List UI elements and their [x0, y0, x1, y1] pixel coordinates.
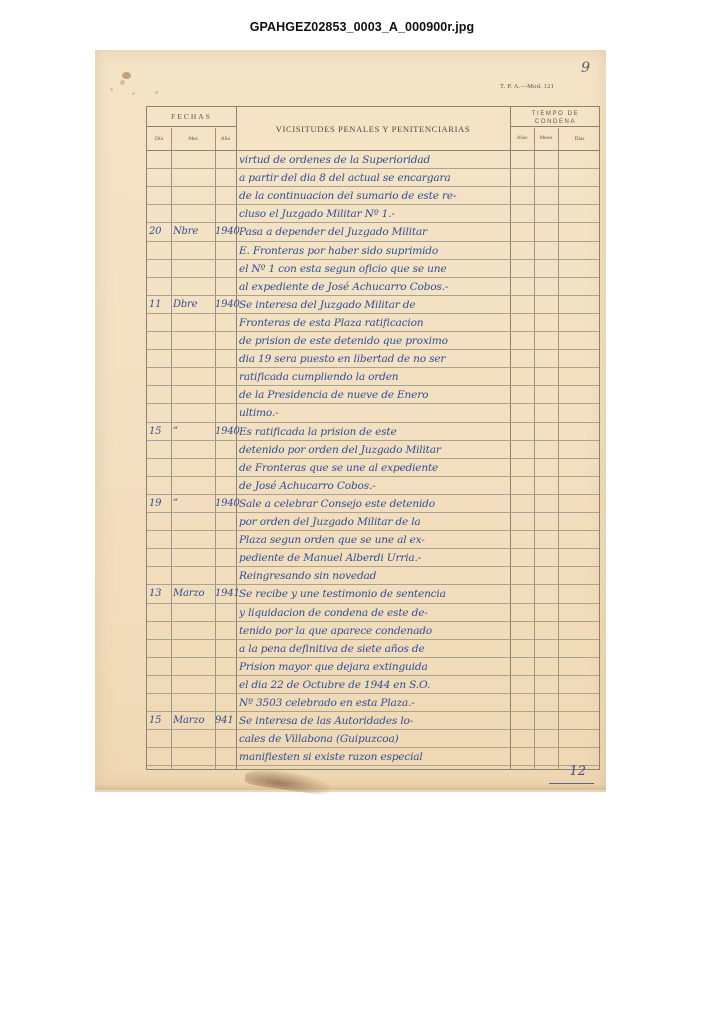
table-row: ratificada cumpliendo la orden — [147, 368, 599, 386]
entry-text: tenido por la que aparece condenado — [239, 622, 511, 640]
entry-day: 13 — [147, 585, 173, 603]
entry-text: de Fronteras que se une al expediente — [239, 459, 511, 477]
entry-text: E. Fronteras por haber sido suprimido — [239, 242, 511, 260]
entry-text: Plaza segun orden que se une al ex- — [239, 531, 511, 549]
table-row: cluso el Juzgado Militar Nº 1.- — [147, 205, 599, 223]
entry-text: Es ratificada la prision de este — [239, 423, 511, 441]
table-row: al expediente de José Achucarro Cobos.- — [147, 278, 599, 296]
entry-text: dia 19 sera puesto en libertad de no ser — [239, 350, 511, 368]
table-row: el Nº 1 con esta segun oficio que se une — [147, 260, 599, 278]
entry-month: Nbre — [171, 223, 217, 241]
entry-text: Fronteras de esta Plaza ratificacion — [239, 314, 511, 332]
folio-number: 9 — [581, 60, 590, 76]
header-divider — [510, 126, 599, 127]
entry-text: Pasa a depender del Juzgado Militar — [239, 223, 511, 241]
entry-text: a la pena definitiva de siete años de — [239, 640, 511, 658]
table-row: de la Presidencia de nueve de Enero — [147, 386, 599, 404]
table-row: 15”1940 Es ratificada la prision de este — [147, 423, 599, 441]
file-title: GPAHGEZ02853_0003_A_000900r.jpg — [0, 20, 724, 34]
entry-text: el dia 22 de Octubre de 1944 en S.O. — [239, 676, 511, 694]
ledger-table: FECHAS Día Mes Año VICISITUDES PENALES Y… — [146, 106, 600, 770]
form-code: T. P. A.—Mod. 121 — [500, 83, 554, 90]
entry-text: Sale a celebrar Consejo este detenido — [239, 495, 511, 513]
entry-text: Reingresando sin novedad — [239, 567, 511, 585]
entry-month: Dbre — [171, 296, 217, 314]
entry-month: ” — [171, 423, 217, 441]
entry-text: detenido por orden del Juzgado Militar — [239, 441, 511, 459]
entry-text: Se interesa del Juzgado Militar de — [239, 296, 511, 314]
entry-text: a partir del dia 8 del actual se encarga… — [239, 169, 511, 187]
paper-edge — [95, 784, 606, 792]
header-fechas: FECHAS — [147, 107, 236, 126]
table-row: manifiesten si existe razon especial — [147, 748, 599, 766]
entry-text: al expediente de José Achucarro Cobos.- — [239, 278, 511, 296]
table-row: 13Marzo1941Se recibe y une testimonio de… — [147, 585, 599, 603]
header-vicisitudes: VICISITUDES PENALES Y PENITENCIARIAS — [236, 107, 510, 150]
table-row: Reingresando sin novedad — [147, 567, 599, 585]
table-row: de Fronteras que se une al expediente — [147, 459, 599, 477]
entry-text: de prision de este detenido que proximo — [239, 332, 511, 350]
entry-year: 1940 — [215, 296, 236, 314]
entry-text: manifiesten si existe razon especial — [239, 748, 511, 766]
entry-text: Nº 3503 celebrado en esta Plaza.- — [239, 694, 511, 712]
table-row: 20Nbre1940Pasa a depender del Juzgado Mi… — [147, 223, 599, 241]
header-dias: Días — [558, 128, 601, 150]
page-mark: 12 — [569, 764, 586, 779]
entry-text: Se recibe y une testimonio de sentencia — [239, 585, 511, 603]
entry-text: ultimo.- — [239, 404, 511, 422]
table-row: Fronteras de esta Plaza ratificacion — [147, 314, 599, 332]
stain-mark — [122, 72, 131, 79]
document-page: 9 T. P. A.—Mod. 121 FECHAS Día Mes Año V… — [95, 50, 606, 790]
entry-day: 11 — [147, 296, 173, 314]
entry-text: de José Achucarro Cobos.- — [239, 477, 511, 495]
table-row: ultimo.- — [147, 404, 599, 422]
entry-month: ” — [171, 495, 217, 513]
header-tiempo-condena: TIEMPO DE CONDENA — [510, 110, 601, 126]
table-row: cales de Villabona (Guipuzcoa) — [147, 730, 599, 748]
table-row: de la continuacion del sumario de este r… — [147, 187, 599, 205]
table-row: a la pena definitiva de siete años de — [147, 640, 599, 658]
entry-month: Marzo — [171, 585, 217, 603]
stain-mark — [120, 80, 125, 85]
table-row: dia 19 sera puesto en libertad de no ser — [147, 350, 599, 368]
stain-mark — [110, 88, 113, 91]
entry-day: 15 — [147, 712, 173, 730]
table-row: de José Achucarro Cobos.- — [147, 477, 599, 495]
entry-text: de la continuacion del sumario de este r… — [239, 187, 511, 205]
table-row: 19”1940Sale a celebrar Consejo este dete… — [147, 495, 599, 513]
table-row: tenido por la que aparece condenado — [147, 622, 599, 640]
entry-day: 15 — [147, 423, 173, 441]
entry-text: pediente de Manuel Alberdi Urria.- — [239, 549, 511, 567]
entry-day: 19 — [147, 495, 173, 513]
entry-year: 1940 — [215, 223, 236, 241]
table-row: de prision de este detenido que proximo — [147, 332, 599, 350]
entry-month: Marzo — [171, 712, 217, 730]
stain-mark — [155, 91, 158, 94]
entry-text: Prision mayor que dejara extinguida — [239, 658, 511, 676]
table-row: por orden del Juzgado Militar de la — [147, 513, 599, 531]
entry-year: 1941 — [215, 585, 236, 603]
table-row: E. Fronteras por haber sido suprimido — [147, 242, 599, 260]
ruled-line — [147, 765, 599, 766]
header-tiempo-line2: CONDENA — [510, 118, 601, 126]
header-ano: Año — [215, 128, 236, 150]
header-divider — [147, 126, 236, 127]
entry-text: de la Presidencia de nueve de Enero — [239, 386, 511, 404]
entry-year: 1940 — [215, 423, 236, 441]
header-mes: Mes — [171, 128, 215, 150]
entry-year: 1940 — [215, 495, 236, 513]
table-row: y liquidacion de condena de este de- — [147, 604, 599, 622]
header-anos: Años — [510, 128, 534, 150]
entry-text: Se interesa de las Autoridades lo- — [239, 712, 511, 730]
table-row: a partir del dia 8 del actual se encarga… — [147, 169, 599, 187]
entry-year: 941 — [215, 712, 236, 730]
table-row: pediente de Manuel Alberdi Urria.- — [147, 549, 599, 567]
table-row: virtud de ordenes de la Superioridad — [147, 151, 599, 169]
entry-text: cales de Villabona (Guipuzcoa) — [239, 730, 511, 748]
table-row: detenido por orden del Juzgado Militar — [147, 441, 599, 459]
stain-mark — [132, 92, 135, 95]
header-dia: Día — [147, 128, 171, 150]
table-row: Nº 3503 celebrado en esta Plaza.- — [147, 694, 599, 712]
entry-text: el Nº 1 con esta segun oficio que se une — [239, 260, 511, 278]
entry-day: 20 — [147, 223, 173, 241]
table-row: Plaza segun orden que se une al ex- — [147, 531, 599, 549]
entry-text: virtud de ordenes de la Superioridad — [239, 151, 511, 169]
table-row: 11Dbre1940Se interesa del Juzgado Milita… — [147, 296, 599, 314]
table-row: 15Marzo941Se interesa de las Autoridades… — [147, 712, 599, 730]
entry-text: por orden del Juzgado Militar de la — [239, 513, 511, 531]
header-meses: Meses — [534, 128, 558, 150]
page-mark-underline — [549, 783, 594, 784]
table-row: Prision mayor que dejara extinguida — [147, 658, 599, 676]
entry-text: y liquidacion de condena de este de- — [239, 604, 511, 622]
entry-text: cluso el Juzgado Militar Nº 1.- — [239, 205, 511, 223]
header-tiempo-line1: TIEMPO DE — [510, 110, 601, 118]
entry-text: ratificada cumpliendo la orden — [239, 368, 511, 386]
table-row: el dia 22 de Octubre de 1944 en S.O. — [147, 676, 599, 694]
